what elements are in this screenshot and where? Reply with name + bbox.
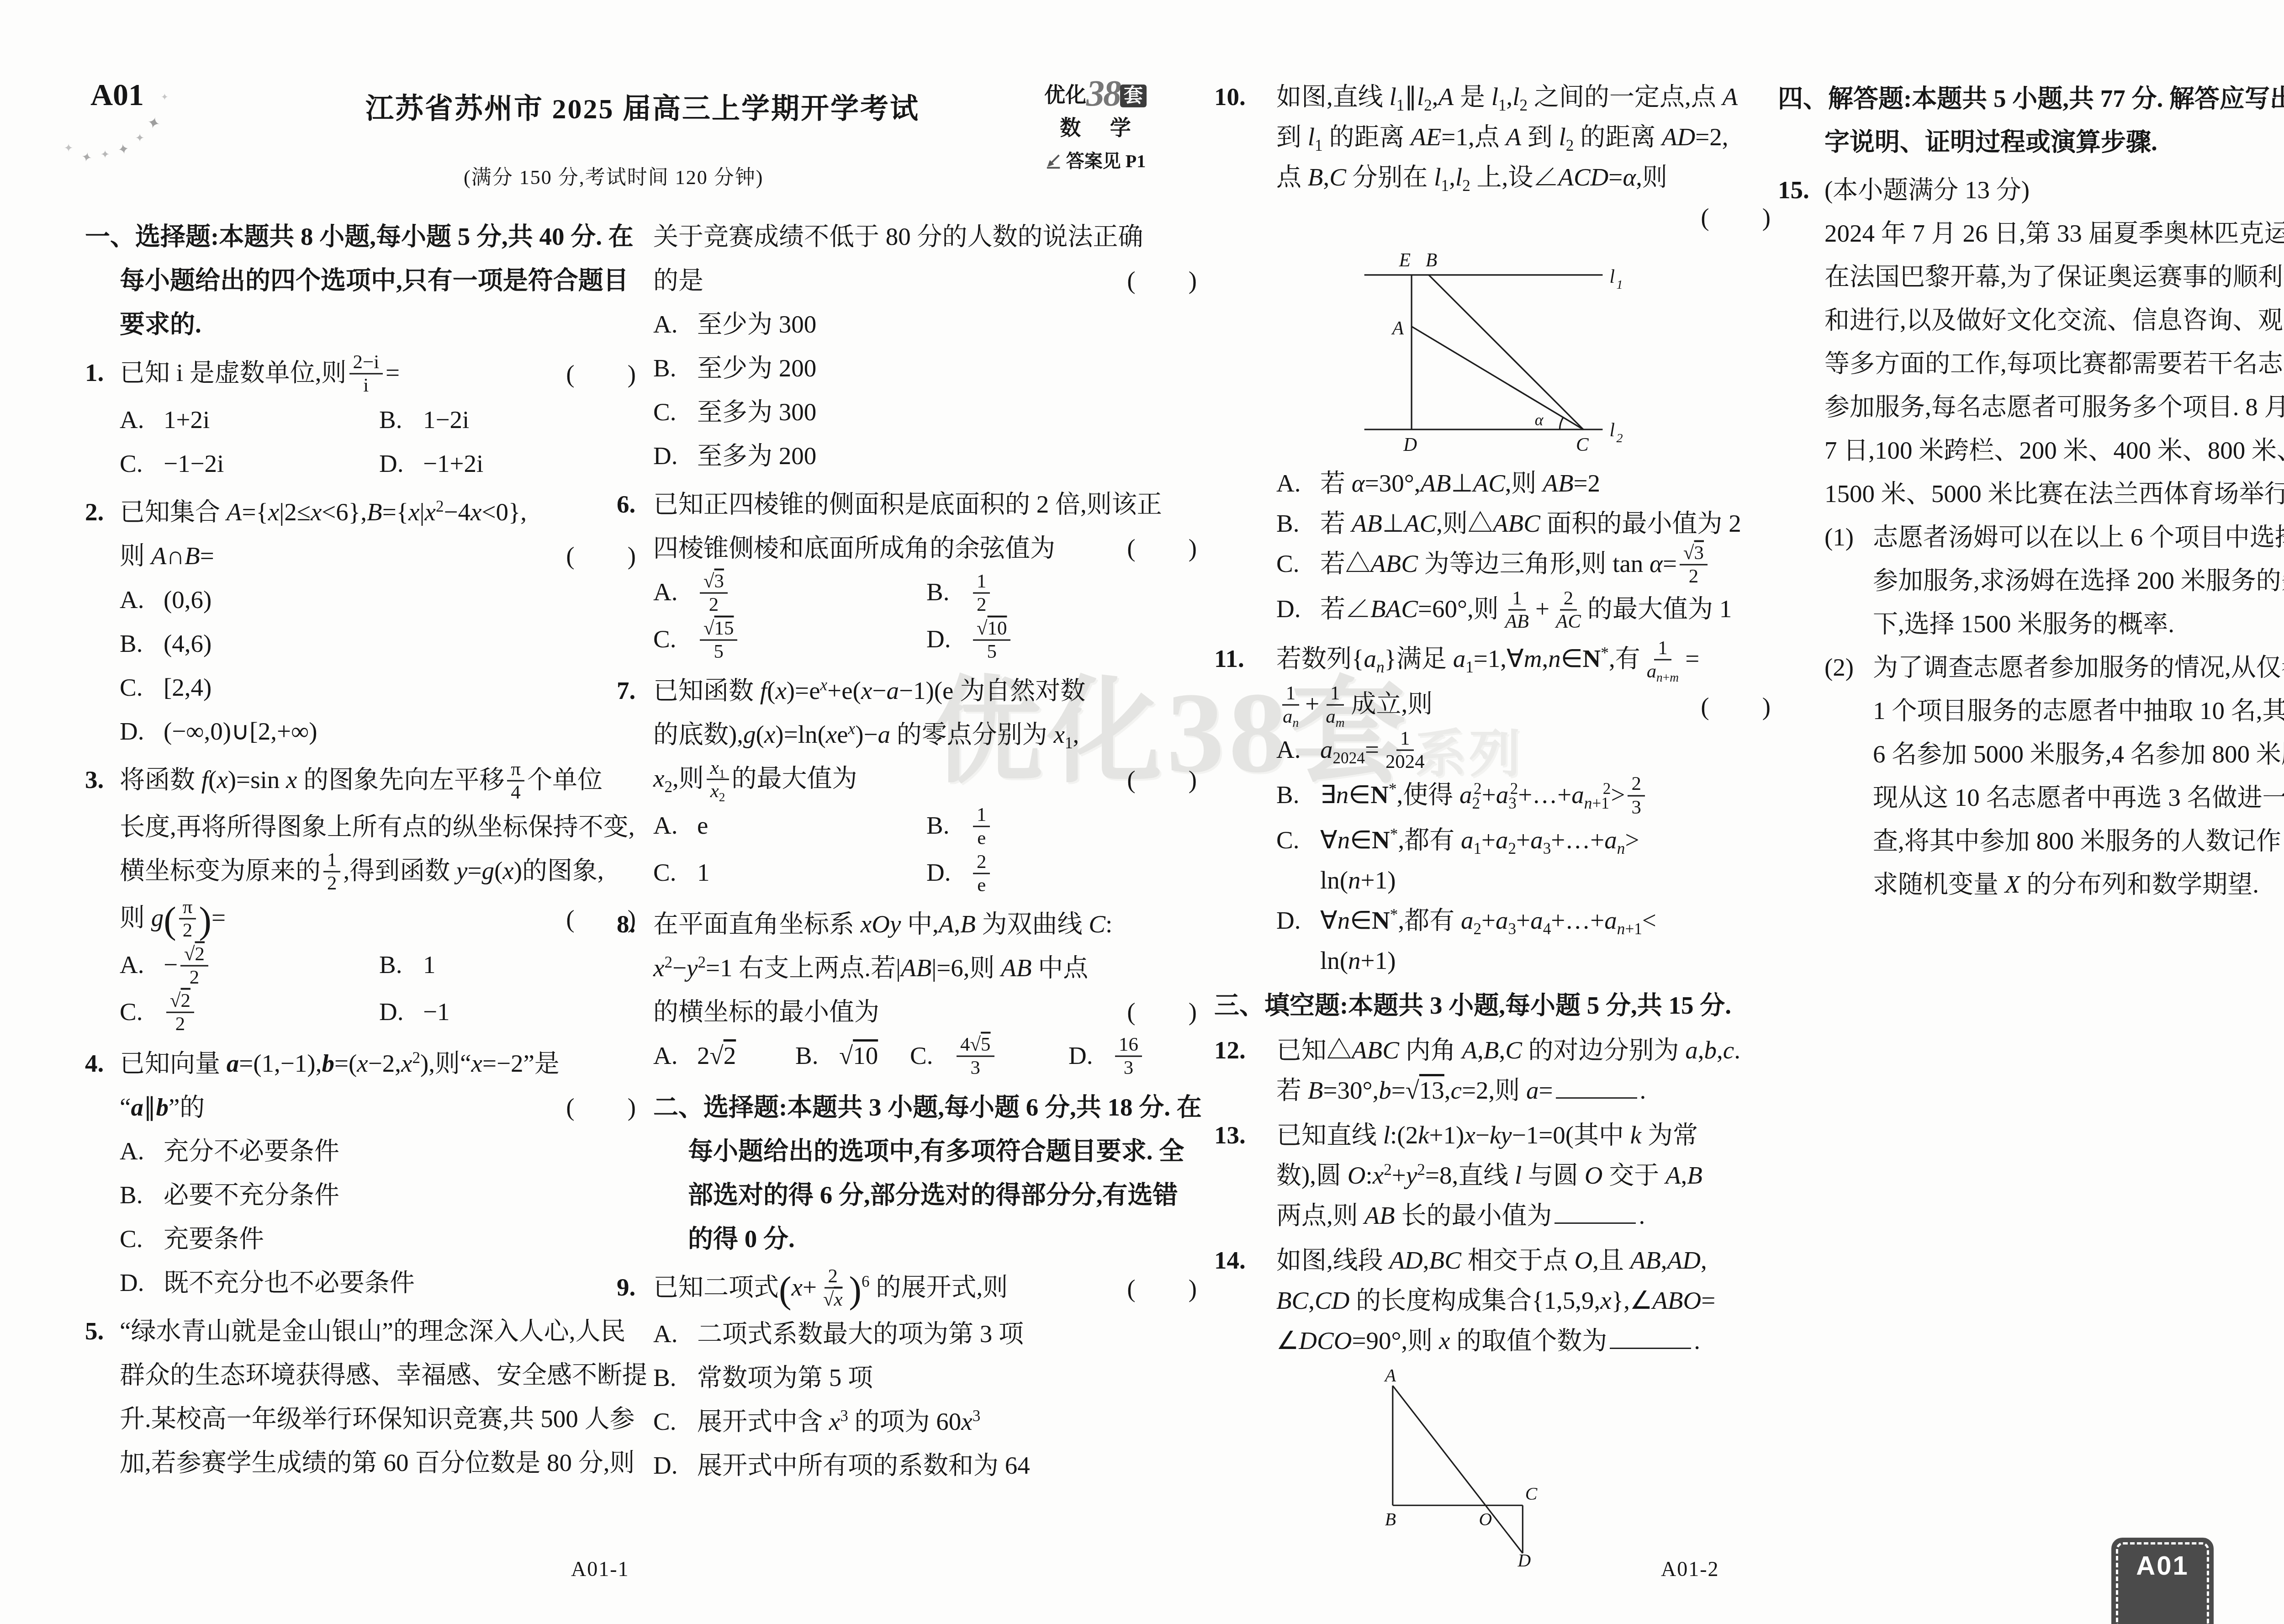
line-text: “a∥b”的	[120, 1093, 205, 1121]
figure-label: B	[1426, 249, 1437, 270]
figure-label: l	[1609, 266, 1615, 287]
option: B.12	[926, 570, 1200, 617]
option-label: D.	[653, 1444, 697, 1487]
option-label: C.	[1276, 544, 1320, 584]
text-line: BC,CD 的长度构成集合{1,5,9,x},∠ABO=	[1276, 1280, 1773, 1321]
option: D.∀n∈N*,都有 a2+a3+a4+…+an+1<	[1276, 900, 1773, 941]
line-text: 已知 i 是虚数单位,则2−ii=	[120, 359, 400, 386]
text-line: 已知△ABC 内角 A,B,C 的对边分别为 a,b,c.	[1276, 1030, 1773, 1070]
line-text: 点 B,C 分别在 l1,l2 上,设∠ACD=α,则	[1276, 163, 1667, 191]
answer-paren: ( )	[1701, 687, 1771, 727]
text-line: 三、填空题:本题共 3 小题,每小题 5 分,共 15 分.	[1214, 985, 1773, 1026]
option: A.至少为 300	[653, 302, 1200, 346]
option-label: B.	[120, 1173, 164, 1217]
figure-label: A	[1384, 1369, 1396, 1386]
option-label: D.	[120, 709, 164, 753]
option-label: A.	[120, 398, 164, 442]
line-text: 四、解答题:本题共 5 小题,共 77 分. 解答应写出文	[1778, 85, 2284, 112]
line-text: 已知正四棱锥的侧面积是底面积的 2 倍,则该正	[653, 490, 1162, 518]
line-text: 要求的.	[120, 310, 201, 338]
question-number: 13.	[1214, 1115, 1246, 1155]
option: C.至多为 300	[653, 390, 1200, 434]
line-text: 在平面直角坐标系 xOy 中,A,B 为双曲线 C:	[653, 910, 1112, 938]
option-label: B.	[379, 398, 423, 442]
option: D.至多为 200	[653, 434, 1200, 478]
answer-blank	[1556, 1072, 1637, 1099]
text-line: 两点,则 AB 长的最小值为.	[1276, 1196, 1773, 1236]
line-text: 充要条件	[164, 1225, 264, 1253]
text-line: ln(n+1)	[1276, 860, 1773, 900]
option-label: A.	[120, 943, 164, 987]
text-line: A.−√22B.1	[120, 943, 639, 990]
line-text: 参加服务,求汤姆在选择 200 米服务的条件	[1873, 566, 2284, 594]
text-line: 志愿者汤姆可以在以上 6 个项目中选择 3 个	[1873, 515, 2284, 559]
question-number: 10.	[1214, 77, 1246, 117]
line-text: 两点,则 AB 长的最小值为.	[1276, 1201, 1645, 1229]
line-text: 如图,线段 AD,BC 相交于点 O,且 AB,AD,	[1276, 1246, 1707, 1274]
text-line: 已知正四棱锥的侧面积是底面积的 2 倍,则该正	[653, 482, 1200, 526]
line-text: 在法国巴黎开幕,为了保证奥运赛事的顺利组织	[1824, 263, 2284, 291]
text-line: 的得 0 分.	[653, 1217, 1200, 1261]
figure-label: A	[1391, 317, 1404, 339]
text-line: 下,选择 1500 米服务的概率.	[1873, 602, 2284, 645]
option: B.常数项为第 5 项	[653, 1356, 1200, 1400]
option: C.√22	[120, 990, 379, 1037]
option-text: 1+2i	[164, 406, 210, 434]
line-text: 三、填空题:本题共 3 小题,每小题 5 分,共 15 分.	[1214, 991, 1731, 1019]
line-text: 若 α=30°,AB⊥AC,则 AB=2	[1320, 469, 1600, 497]
column-2: 关于竞赛成绩不低于 80 分的人数的说法正确的是( )A.至少为 300B.至少…	[653, 215, 1200, 1492]
text-line: 求随机变量 X 的分布列和数学期望.	[1873, 862, 2284, 906]
text-line: 一、选择题:本题共 8 小题,每小题 5 分,共 40 分. 在	[85, 215, 639, 259]
option-label: C.	[653, 390, 697, 434]
option-label: A.	[653, 804, 697, 847]
column-4: 四、解答题:本题共 5 小题,共 77 分. 解答应写出文字说明、证明过程或演算…	[1778, 77, 2284, 910]
option-text: 163	[1112, 1042, 1145, 1069]
option: D.√105	[926, 617, 1200, 664]
option-text: 12	[970, 578, 993, 606]
question-number: 1.	[85, 351, 104, 395]
text-line: 2024 年 7 月 26 日,第 33 届夏季奥林匹克运动会	[1824, 212, 2284, 255]
question-14: 14.如图,线段 AD,BC 相交于点 O,且 AB,AD,BC,CD 的长度构…	[1214, 1240, 1773, 1567]
option-label: C.	[120, 442, 164, 486]
option-label: B.	[653, 346, 697, 390]
figure-label: E	[1399, 249, 1411, 270]
option-text: −1	[423, 998, 450, 1026]
text-line: 长度,再将所得图象上所有点的纵坐标保持不变,	[120, 805, 639, 849]
line-text: [2,4)	[164, 673, 211, 701]
answer-paren: ( )	[566, 352, 637, 396]
answer-paren: ( )	[1127, 758, 1198, 802]
option-label: D.	[1068, 1034, 1112, 1078]
line-text: 将函数 f(x)=sin x 的图象先向左平移π4个单位	[120, 766, 603, 793]
page-footer-left: A01-1	[571, 1557, 629, 1581]
line-text: 至多为 200	[697, 442, 816, 470]
answer-paren: ( )	[1701, 197, 1771, 238]
line-text: 志愿者汤姆可以在以上 6 个项目中选择 3 个	[1873, 523, 2284, 551]
text-line: 已知 i 是虚数单位,则2−ii=( )	[120, 351, 639, 398]
text-line: 横坐标变为原来的12,得到函数 y=g(x)的图象,	[120, 849, 639, 896]
section-header: 二、选择题:本题共 3 小题,每小题 6 分,共 18 分. 在每小题给出的选项…	[653, 1085, 1200, 1261]
option: D.既不充分也不必要条件	[120, 1261, 639, 1305]
option: A.2√2	[653, 1034, 795, 1081]
line-text: 既不充分也不必要条件	[164, 1269, 415, 1296]
option-text: −1+2i	[423, 450, 483, 477]
line-text: (本小题满分 13 分)	[1824, 176, 2030, 204]
star-icon: ✦	[135, 132, 144, 144]
text-line: “a∥b”的( )	[120, 1085, 639, 1129]
text-line: 6 名参加 5000 米服务,4 名参加 800 米服务.	[1873, 732, 2284, 776]
question-8: 8.在平面直角坐标系 xOy 中,A,B 为双曲线 C:x2−y2=1 右支上两…	[653, 902, 1200, 1081]
text-line: 要求的.	[85, 302, 639, 346]
option-label: A.	[120, 1129, 164, 1173]
option-label: A.	[1276, 463, 1320, 503]
figure-q10: E B A D C l 1 l 2 α	[1345, 245, 1773, 460]
line-text: 的是	[653, 266, 703, 294]
text-line: x2−y2=1 右支上两点.若|AB|=6,则 AB 中点	[653, 946, 1200, 990]
line-text: 每小题给出的四个选项中,只有一项是符合题目	[120, 266, 629, 294]
option-label: C.	[120, 1217, 164, 1261]
option-label: C.	[653, 1400, 697, 1444]
question-number: 12.	[1214, 1030, 1246, 1070]
line-text: 二、选择题:本题共 3 小题,每小题 6 分,共 18 分. 在	[653, 1093, 1202, 1121]
line-text: 一、选择题:本题共 8 小题,每小题 5 分,共 40 分. 在	[85, 222, 634, 250]
option: D.展开式中所有项的系数和为 64	[653, 1444, 1200, 1487]
option-label: B.	[1276, 775, 1320, 815]
answer-paren: ( )	[566, 534, 637, 578]
figure-label: O	[1479, 1509, 1492, 1529]
figure-label: C	[1576, 434, 1589, 455]
text-line: 1 个项目服务的志愿者中抽取 10 名,其中有	[1873, 689, 2284, 732]
text-line: 部选对的得 6 分,部分选对的得部分分,有选错	[653, 1173, 1200, 1217]
line-text: 展开式中含 x3 的项为 60x3	[697, 1407, 980, 1435]
line-text: ∃n∈N*,使得 a22+a32+…+an+12>23	[1320, 781, 1648, 809]
option-label: C.	[120, 666, 164, 709]
line-text: ∀n∈N*,都有 a1+a2+a3+…+an>	[1320, 826, 1639, 854]
section-header: 三、填空题:本题共 3 小题,每小题 5 分,共 15 分.	[1214, 985, 1773, 1026]
question-11: 11.若数列{an}满足 a1=1,∀m,n∈N*,有1an+m=1an+1am…	[1214, 639, 1773, 980]
page-footer-right: A01-2	[1661, 1557, 1719, 1581]
line-text: “绿水青山就是金山银山”的理念深入人心,人民	[120, 1317, 626, 1345]
option: B.至少为 200	[653, 346, 1200, 390]
text-line: 到 l1 的距离 AE=1,点 A 到 l2 的距离 AD=2,	[1276, 117, 1773, 157]
option: D.(−∞,0)∪[2,+∞)	[120, 709, 639, 753]
text-line: 若 B=30°,b=√13,c=2,则 a=.	[1276, 1070, 1773, 1111]
star-icon: ✦	[80, 149, 94, 166]
option-text: 1−2i	[423, 406, 469, 434]
text-line: 升.某校高一年级举行环保知识竞赛,共 500 人参	[120, 1397, 639, 1441]
option: C.[2,4)	[120, 666, 639, 709]
star-icon: ✦	[145, 113, 162, 134]
sub-question-number: (1)	[1824, 515, 1854, 559]
line-text: 若数列{an}满足 a1=1,∀m,n∈N*,有1an+m=	[1276, 645, 1699, 672]
figure-label: B	[1385, 1509, 1396, 1529]
option: B.必要不充分条件	[120, 1173, 639, 1217]
option-label: D.	[120, 1261, 164, 1305]
line-text: 展开式中所有项的系数和为 64	[697, 1451, 1030, 1479]
option: A.(0,6)	[120, 578, 639, 622]
question-number: 11.	[1214, 639, 1244, 679]
option: D.163	[1068, 1034, 1200, 1081]
text-line: 四、解答题:本题共 5 小题,共 77 分. 解答应写出文	[1778, 77, 2284, 120]
option-text: √155	[697, 625, 740, 653]
question-number: 4.	[85, 1042, 104, 1085]
line-text: (−∞,0)∪[2,+∞)	[164, 717, 317, 745]
option-label: D.	[1276, 900, 1320, 941]
line-text: 1 个项目服务的志愿者中抽取 10 名,其中有	[1873, 697, 2284, 725]
line-text: 到 l1 的距离 AE=1,点 A 到 l2 的距离 AD=2,	[1276, 123, 1729, 151]
question-9: 9.已知二项式(x+2√x)6 的展开式,则( )A.二项式系数最大的项为第 3…	[653, 1265, 1200, 1488]
answer-paren: ( )	[1127, 526, 1198, 570]
option: B.1−2i	[379, 398, 639, 442]
question-3: 3.将函数 f(x)=sin x 的图象先向左平移π4个单位长度,再将所得图象上…	[85, 758, 639, 1037]
option-label: B.	[795, 1034, 839, 1078]
option-text: √32	[697, 578, 730, 606]
text-line: 如图,直线 l1∥l2,A 是 l1,l2 之间的一定点,点 A	[1276, 77, 1773, 117]
option-label: D.	[926, 851, 970, 894]
option-label: A.	[653, 1034, 697, 1078]
option-text: √10	[839, 1042, 878, 1069]
text-line: 为了调查志愿者参加服务的情况,从仅参加	[1873, 645, 2284, 689]
option-label: C.	[1276, 820, 1320, 860]
line-text: ∀n∈N*,都有 a2+a3+a4+…+an+1<	[1320, 906, 1656, 934]
line-text: 至少为 300	[697, 310, 816, 338]
text-line: “绿水青山就是金山银山”的理念深入人心,人民	[120, 1309, 639, 1353]
question-6: 6.已知正四棱锥的侧面积是底面积的 2 倍,则该正四棱锥侧棱和底面所成角的余弦值…	[653, 482, 1200, 664]
question-continuation: 关于竞赛成绩不低于 80 分的人数的说法正确的是( )A.至少为 300B.至少…	[653, 215, 1200, 478]
answer-paren: ( )	[566, 1085, 637, 1129]
question-13: 13.已知直线 l:(2k+1)x−ky−1=0(其中 k 为常数),圆 O:x…	[1214, 1115, 1773, 1236]
star-icon: ✦	[161, 91, 169, 102]
option: B.(4,6)	[120, 622, 639, 666]
line-text: 则 g(π2)=	[120, 904, 226, 931]
option: C.4√53	[910, 1034, 1068, 1081]
option-label: A.	[1276, 730, 1320, 770]
line-text: x2−y2=1 右支上两点.若|AB|=6,则 AB 中点	[653, 954, 1088, 982]
answer-blank	[1610, 1322, 1691, 1349]
line-text: (4,6)	[164, 629, 211, 657]
line-text: 2024 年 7 月 26 日,第 33 届夏季奥林匹克运动会	[1824, 219, 2284, 247]
line-text: 6 名参加 5000 米服务,4 名参加 800 米服务.	[1873, 740, 2284, 768]
text-line: 的是( )	[653, 259, 1200, 302]
star-icon: ✦	[64, 142, 73, 154]
option: A.a2024=12024	[1276, 729, 1773, 774]
line-text: 部选对的得 6 分,部分选对的得部分分,有选错	[688, 1181, 1178, 1209]
text-line: A.2√2B.√10C.4√53D.163	[653, 1034, 1200, 1081]
line-text: 必要不充分条件	[164, 1181, 339, 1209]
figure-label: α	[1535, 411, 1544, 429]
line-text: 充分不必要条件	[164, 1137, 339, 1165]
option: B.√10	[795, 1034, 910, 1081]
section-header: 一、选择题:本题共 8 小题,每小题 5 分,共 40 分. 在每小题给出的四个…	[85, 215, 639, 346]
line-text: 关于竞赛成绩不低于 80 分的人数的说法正确	[653, 222, 1143, 250]
question-number: 3.	[85, 758, 104, 802]
question-10: 10.如图,直线 l1∥l2,A 是 l1,l2 之间的一定点,点 A到 l1 …	[1214, 77, 1773, 634]
text-line: 等多方面的工作,每项比赛都需要若干名志愿者	[1824, 342, 2284, 385]
line-text: 等多方面的工作,每项比赛都需要若干名志愿者	[1824, 349, 2284, 377]
text-line: 现从这 10 名志愿者中再选 3 名做进一步调	[1873, 776, 2284, 819]
question-number: 6.	[617, 482, 635, 526]
question-number: 9.	[617, 1265, 635, 1309]
line-text: 长度,再将所得图象上所有点的纵坐标保持不变,	[120, 813, 635, 841]
option-text: −√22	[164, 951, 211, 979]
line-text: 四棱锥侧棱和底面所成角的余弦值为	[653, 534, 1055, 562]
option: A.−√22	[120, 943, 379, 990]
line-text: 则 A∩B=	[120, 542, 214, 570]
option-label: C.	[653, 851, 697, 894]
text-line: 四棱锥侧棱和底面所成角的余弦值为( )	[653, 526, 1200, 570]
line-text: 至少为 200	[697, 354, 816, 382]
line-text: 群众的生态环境获得感、幸福感、安全感不断提	[120, 1361, 647, 1389]
text-line: 字说明、证明过程或演算步骤.	[1778, 120, 2284, 164]
option: D.−1	[379, 990, 639, 1037]
text-line: 1500 米、5000 米比赛在法兰西体育场举行.	[1824, 472, 2284, 515]
answer-arrow-icon	[1045, 153, 1063, 170]
option-text: 1e	[970, 811, 993, 839]
line-text: 已知直线 l:(2k+1)x−ky−1=0(其中 k 为常	[1276, 1121, 1698, 1149]
sub-question: (1)志愿者汤姆可以在以上 6 个项目中选择 3 个参加服务,求汤姆在选择 20…	[1824, 515, 2284, 645]
option: A.e	[653, 804, 926, 851]
line-text: 为了调查志愿者参加服务的情况,从仅参加	[1873, 653, 2284, 681]
text-line: 每小题给出的选项中,有多项符合题目要求. 全	[653, 1129, 1200, 1173]
text-line: 关于竞赛成绩不低于 80 分的人数的说法正确	[653, 215, 1200, 259]
line-text: 数),圆 O:x2+y2=8,直线 l 与圆 O 交于 A,B	[1276, 1161, 1702, 1189]
question-15: 15.(本小题满分 13 分)2024 年 7 月 26 日,第 33 届夏季奥…	[1778, 168, 2284, 906]
line-text: 求随机变量 X 的分布列和数学期望.	[1873, 870, 2259, 898]
option: B.1e	[926, 804, 1200, 851]
page-subtitle: (满分 150 分,考试时间 120 分钟)	[464, 161, 763, 190]
text-line: C.√22D.−1	[120, 990, 639, 1037]
option-label: B.	[926, 804, 970, 847]
line-text: 至多为 300	[697, 398, 816, 426]
option: A.1+2i	[120, 398, 379, 442]
option-text: 2e	[970, 858, 993, 886]
text-line: C.−1−2iD.−1+2i	[120, 442, 639, 486]
option-label: B.	[1276, 503, 1320, 544]
figure-label-sub: 1	[1616, 278, 1623, 292]
question-number: 7.	[617, 669, 635, 713]
text-line: 的横坐标的最小值为( )	[653, 990, 1200, 1034]
text-line: 若数列{an}满足 a1=1,∀m,n∈N*,有1an+m=	[1276, 639, 1773, 684]
option: C.若△ABC 为等边三角形,则 tan α=√32	[1276, 544, 1773, 589]
text-line: A.eB.1e	[653, 804, 1200, 851]
text-line: 在平面直角坐标系 xOy 中,A,B 为双曲线 C:	[653, 902, 1200, 946]
line-text: 二项式系数最大的项为第 3 项	[697, 1320, 1024, 1348]
text-line: 点 B,C 分别在 l1,l2 上,设∠ACD=α,则	[1276, 157, 1773, 197]
option-label: D.	[379, 442, 423, 486]
option-label: B.	[926, 570, 970, 614]
line-text: ln(n+1)	[1320, 866, 1396, 894]
question-2: 2.已知集合 A={x|2≤x<6},B={x|x2−4x<0},则 A∩B=(…	[85, 490, 639, 753]
line-text: 若 AB⊥AC,则△ABC 面积的最小值为 2	[1320, 509, 1741, 537]
text-line: (本小题满分 13 分)	[1824, 168, 2284, 212]
answer-reference: 答案见 P1	[1041, 152, 1150, 170]
question-number: 14.	[1214, 1240, 1246, 1280]
figure-label: D	[1517, 1550, 1531, 1567]
option-label: A.	[653, 570, 697, 614]
line-text: 每小题给出的选项中,有多项符合题目要求. 全	[688, 1137, 1184, 1165]
answer-paren: ( )	[1127, 1267, 1198, 1311]
line-text: 已知向量 a=(1,−1),b=(x−2,x2),则“x=−2”是	[120, 1049, 560, 1077]
text-line: 已知函数 f(x)=ex+e(x−a−1)(e 为自然对数	[653, 669, 1200, 713]
text-line: 群众的生态环境获得感、幸福感、安全感不断提	[120, 1353, 639, 1397]
text-line: 在法国巴黎开幕,为了保证奥运赛事的顺利组织	[1824, 255, 2284, 298]
option-text: √105	[970, 625, 1013, 653]
question-1: 1.已知 i 是虚数单位,则2−ii=( )A.1+2iB.1−2iC.−1−2…	[85, 351, 639, 486]
option-label: C.	[653, 617, 697, 661]
text-line: ln(n+1)	[1276, 941, 1773, 981]
option: C.−1−2i	[120, 442, 379, 486]
line-text: 字说明、证明过程或演算步骤.	[1824, 128, 2157, 156]
figure-label: D	[1403, 434, 1417, 455]
sub-question: (2)为了调查志愿者参加服务的情况,从仅参加1 个项目服务的志愿者中抽取 10 …	[1824, 645, 2284, 906]
line-text: 常数项为第 5 项	[697, 1364, 873, 1391]
option-label: A.	[120, 578, 164, 622]
option-text: 4√53	[954, 1042, 997, 1069]
line-text: 的底数),g(x)=ln(xex)−a 的零点分别为 x1,	[653, 720, 1079, 748]
line-text: 下,选择 1500 米服务的概率.	[1873, 610, 2174, 638]
option: D.若∠BAC=60°,则1AB+2AC的最大值为 1	[1276, 589, 1773, 634]
option: A.充分不必要条件	[120, 1129, 639, 1173]
line-text: ∠DCO=90°,则 x 的取值个数为.	[1276, 1327, 1700, 1354]
text-line: 参加服务,每名志愿者可服务多个项目. 8 月	[1824, 385, 2284, 428]
star-icon: ✦	[100, 148, 110, 161]
line-text: ln(n+1)	[1320, 947, 1396, 974]
text-line: 已知直线 l:(2k+1)x−ky−1=0(其中 k 为常	[1276, 1115, 1773, 1155]
line-text: 1500 米、5000 米比赛在法兰西体育场举行.	[1824, 480, 2284, 508]
line-text: 已知二项式(x+2√x)6 的展开式,则	[653, 1273, 1008, 1301]
line-text: 现从这 10 名志愿者中再选 3 名做进一步调	[1873, 783, 2284, 811]
page-title: 江苏省苏州市 2025 届高三上学期开学考试	[365, 86, 920, 127]
line-text: 已知函数 f(x)=ex+e(x−a−1)(e 为自然对数	[653, 677, 1085, 704]
text-line: A.√32B.12	[653, 570, 1200, 617]
line-text: a2024=12024	[1320, 735, 1431, 763]
question-number: 5.	[85, 1309, 104, 1353]
option-label: B.	[120, 622, 164, 666]
option: A.√32	[653, 570, 926, 617]
text-line: C.1D.2e	[653, 851, 1200, 898]
answer-paren: ( )	[1127, 259, 1198, 302]
line-text: 参加服务,每名志愿者可服务多个项目. 8 月	[1824, 393, 2284, 421]
column-3: 10.如图,直线 l1∥l2,A 是 l1,l2 之间的一定点,点 A到 l1 …	[1214, 77, 1773, 1572]
text-line: 的底数),g(x)=ln(xex)−a 的零点分别为 x1,	[653, 713, 1200, 756]
text-line: 7 日,100 米跨栏、200 米、400 米、800 米、	[1824, 428, 2284, 472]
option-label: D.	[653, 434, 697, 478]
option-label: B.	[379, 943, 423, 987]
text-line: 和进行,以及做好文化交流、信息咨询、观众引导	[1824, 298, 2284, 342]
option-text: 1	[423, 951, 436, 979]
option-text: e	[697, 811, 708, 839]
text-line: 已知集合 A={x|2≤x<6},B={x|x2−4x<0},	[120, 490, 639, 534]
line-text: 1an+1am成立,则	[1276, 690, 1433, 718]
question-number: 8.	[617, 902, 635, 946]
option-label: D.	[379, 990, 423, 1034]
paper-code: A01	[90, 77, 144, 113]
line-text: x2,则x1x2的最大值为	[653, 764, 857, 792]
option-text: −1−2i	[164, 450, 224, 477]
line-text: (0,6)	[164, 586, 211, 614]
option-label: A.	[653, 302, 697, 346]
figure-label: C	[1525, 1483, 1538, 1503]
text-line: ( )	[1276, 197, 1773, 238]
question-4: 4.已知向量 a=(1,−1),b=(x−2,x2),则“x=−2”是“a∥b”…	[85, 1042, 639, 1305]
option: A.若 α=30°,AB⊥AC,则 AB=2	[1276, 463, 1773, 503]
option: C.∀n∈N*,都有 a1+a2+a3+…+an>	[1276, 820, 1773, 860]
text-line: 已知二项式(x+2√x)6 的展开式,则( )	[653, 1265, 1200, 1312]
answer-paren: ( )	[1127, 990, 1198, 1034]
brand-logo: 优化38套 数 学 答案见 P1	[1041, 75, 1150, 170]
option: D.−1+2i	[379, 442, 639, 486]
